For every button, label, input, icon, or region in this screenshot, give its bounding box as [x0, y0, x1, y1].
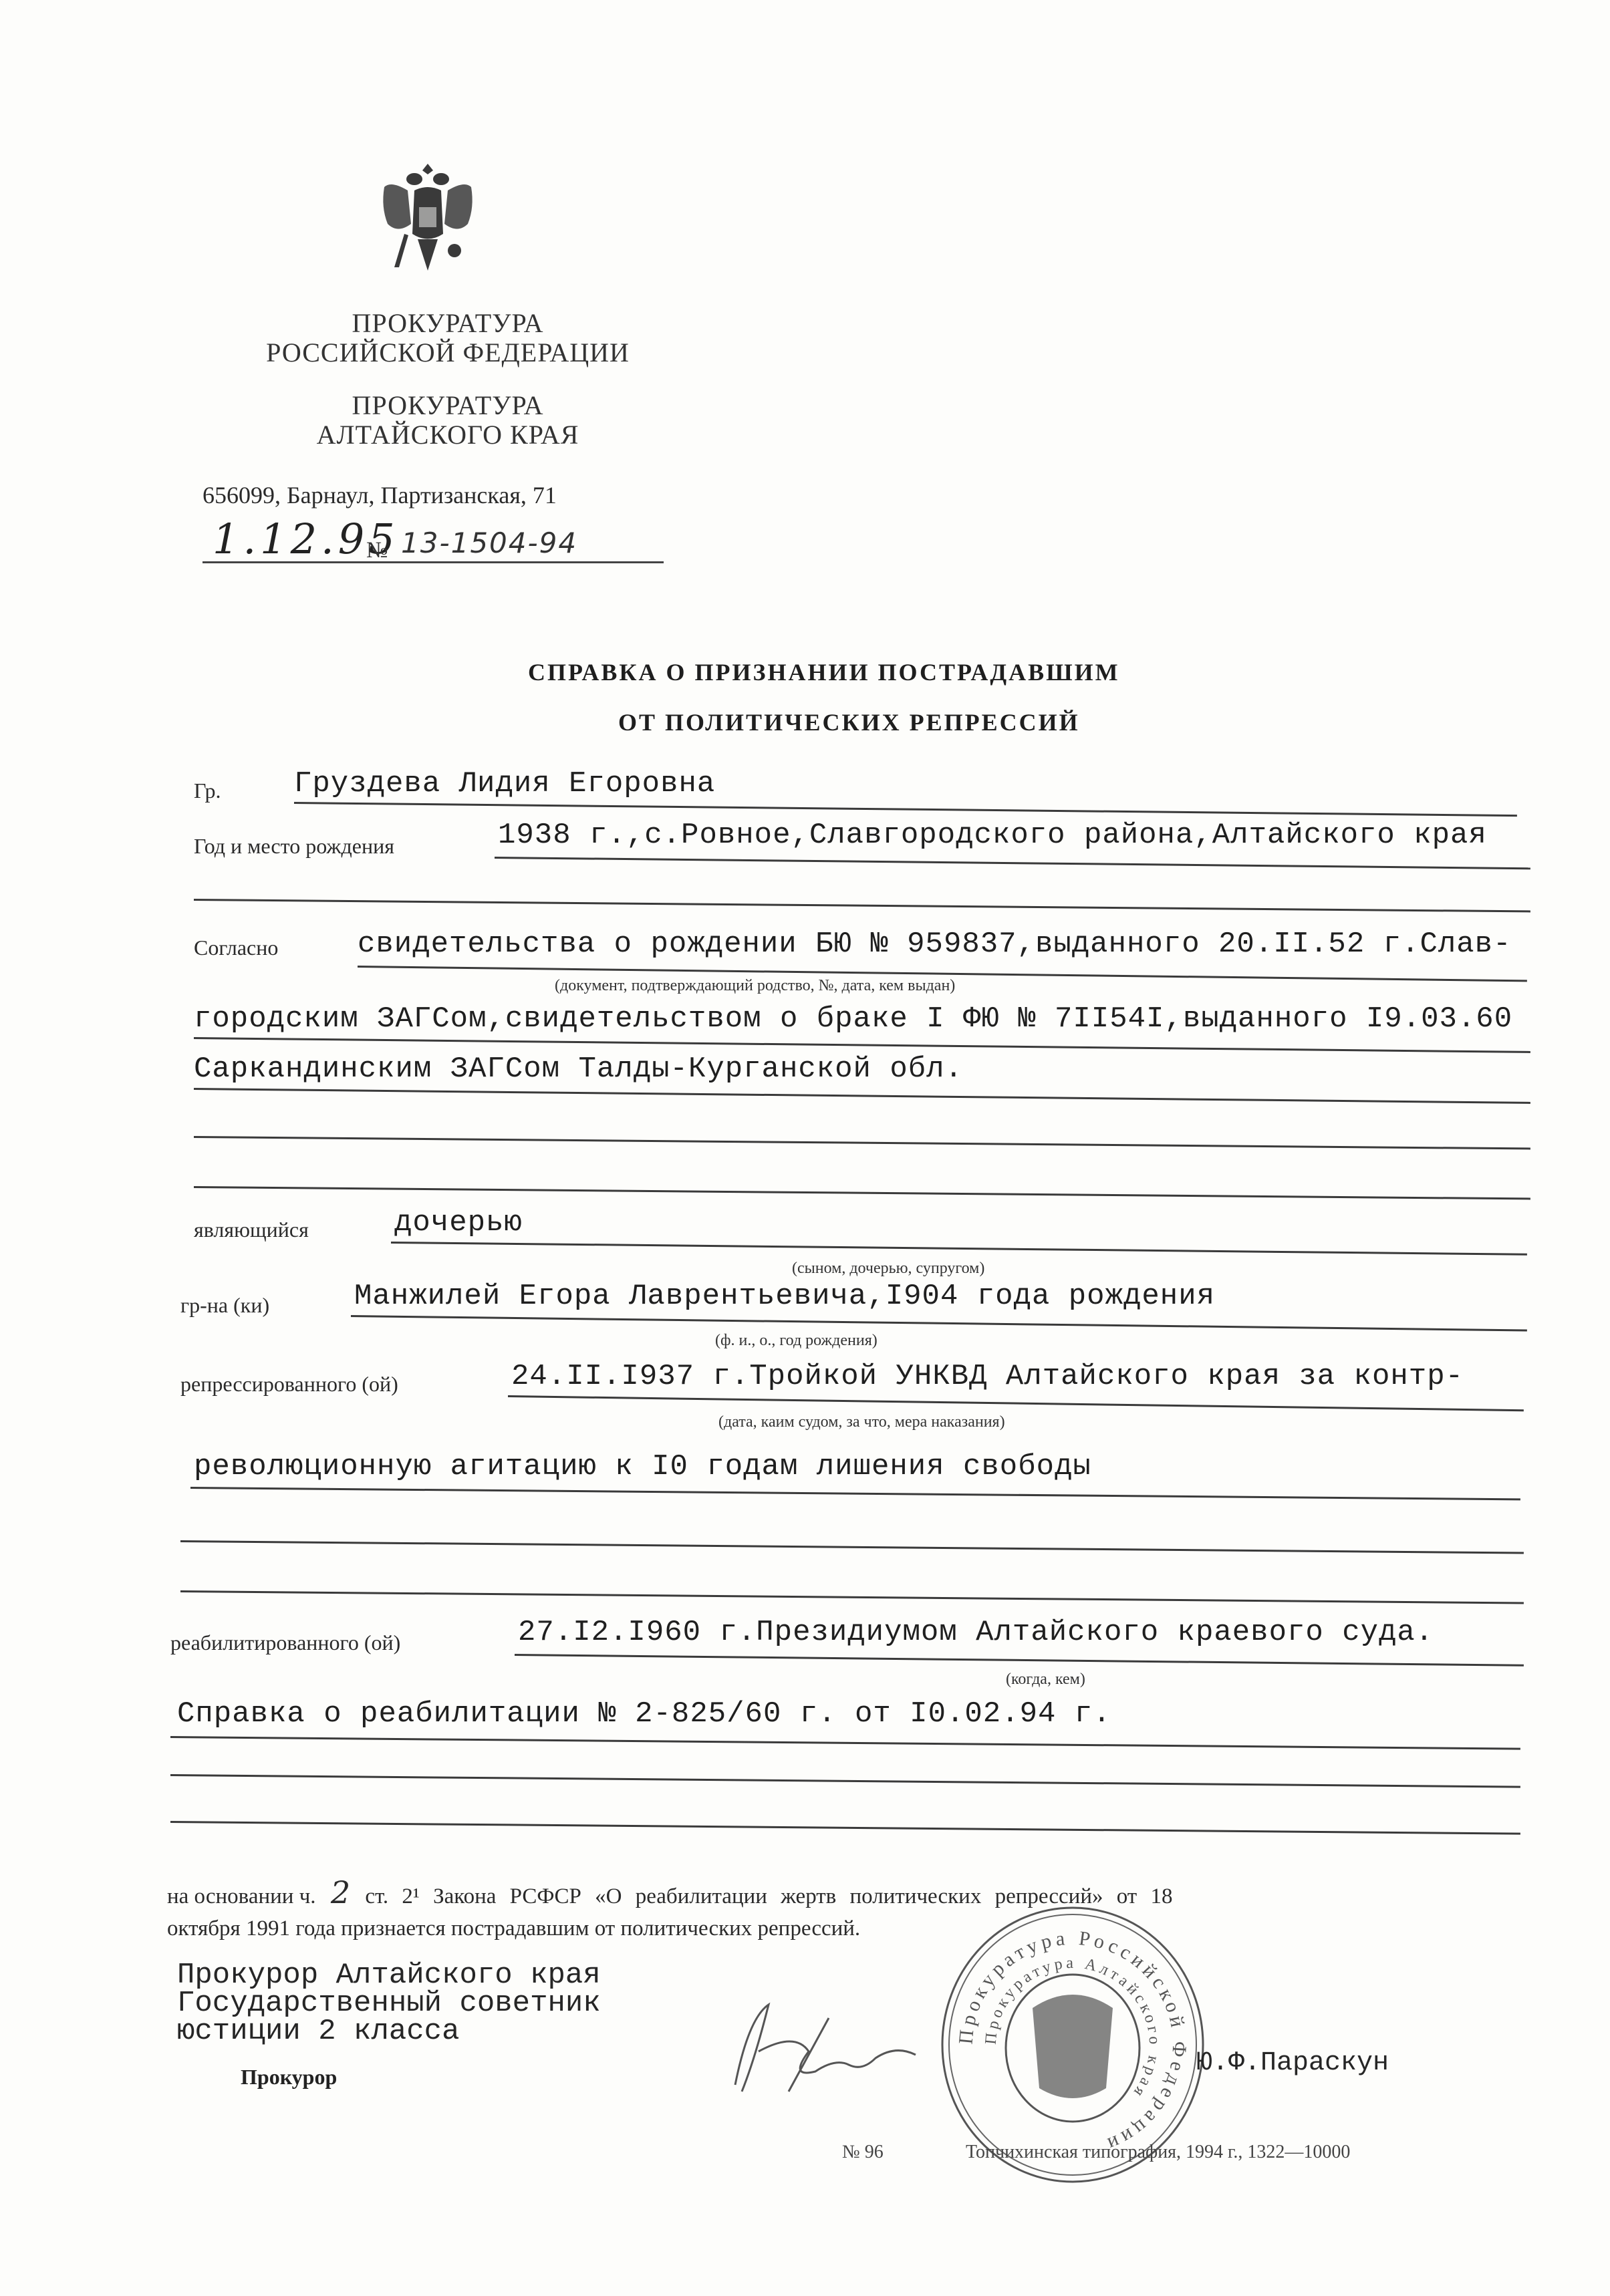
handwritten-part-number: 2 — [331, 1874, 350, 1910]
document-title-line-2: ОТ ПОЛИТИЧЕСКИХ РЕПРЕССИЙ — [618, 708, 1080, 736]
blank-line — [170, 1774, 1520, 1788]
rehab-value: 27.I2.I960 г.Президиумом Алтайского крае… — [518, 1616, 1434, 1649]
rehab-hint: (когда, кем) — [1006, 1671, 1085, 1689]
rehab-label: реабилитированного (ой) — [170, 1630, 400, 1655]
repressed-underline — [508, 1395, 1524, 1411]
birth-value: 1938 г.,с.Ровное,Славгородского района,А… — [498, 819, 1487, 852]
blank-line — [180, 1540, 1524, 1554]
address: 656099, Барнаул, Партизанская, 71 — [203, 481, 557, 509]
signer-name: Ю.Ф.Параскун — [1196, 2048, 1389, 2078]
blank-line — [194, 1186, 1530, 1199]
repressed-hint: (дата, каим судом, за что, мера наказани… — [718, 1413, 1005, 1431]
form-number: № 96 — [842, 2142, 884, 2163]
citizen-label: Гр. — [194, 778, 221, 803]
basis-hint: (документ, подтверждающий родство, №, да… — [555, 977, 955, 995]
title-line-3: юстиции 2 класса — [177, 2017, 601, 2045]
prosecutor-title: Прокурор Алтайского края Государственный… — [177, 1961, 601, 2045]
basis-line-2: городским ЗАГСом,свидетельством о браке … — [194, 1002, 1512, 1036]
law-basis-line-2: октября 1991 года признается пострадавши… — [167, 1916, 860, 1941]
basis-line-3: Саркандинским ЗАГСом Талды-Курганской об… — [194, 1052, 963, 1086]
relation-value: дочерью — [394, 1206, 523, 1240]
org-line-3: ПРОКУРАТУРА — [241, 391, 655, 420]
title-line-1: Прокурор Алтайского края — [177, 1961, 601, 1989]
blank-line — [180, 1590, 1524, 1604]
org-line-2: РОССИЙСКОЙ ФЕДЕРАЦИИ — [241, 338, 655, 368]
basis-underline-3 — [194, 1088, 1530, 1104]
birth-underline — [495, 857, 1530, 869]
date-number-underline — [203, 561, 664, 563]
repressed-label: репрессированного (ой) — [180, 1372, 398, 1397]
basis-label: Согласно — [194, 936, 278, 960]
repressed-value-line-2: революционную агитацию к I0 годам лишени… — [194, 1450, 1091, 1483]
number-label: № — [366, 538, 388, 563]
basis-underline-2 — [194, 1037, 1530, 1053]
rehab-certificate: Справка о реабилитации № 2-825/60 г. от … — [177, 1697, 1111, 1731]
blank-line — [170, 1821, 1520, 1835]
document-title-line-1: СПРАВКА О ПРИЗНАНИИ ПОСТРАДАВШИМ — [528, 658, 1120, 686]
repressed-person-hint: (ф. и., о., год рождения) — [715, 1332, 878, 1350]
document-page: ПРОКУРАТУРА РОССИЙСКОЙ ФЕДЕРАЦИИ ПРОКУРА… — [0, 0, 1610, 2296]
prosecutor-printed-label: Прокурор — [241, 2065, 337, 2090]
org-name-federal: ПРОКУРАТУРА РОССИЙСКОЙ ФЕДЕРАЦИИ — [241, 309, 655, 368]
relation-underline — [391, 1242, 1527, 1256]
rehab-underline — [515, 1654, 1524, 1667]
org-line-4: АЛТАЙСКОГО КРАЯ — [241, 420, 655, 450]
repressed-person-underline — [351, 1315, 1527, 1332]
blank-line — [194, 1136, 1530, 1149]
blank-line — [194, 899, 1530, 912]
citizen-name: Груздева Лидия Егоровна — [294, 767, 715, 801]
eagle-emblem-icon — [378, 160, 478, 277]
title-line-2: Государственный советник — [177, 1989, 601, 2017]
birth-label: Год и место рождения — [194, 834, 394, 859]
repressed-person-label: гр-на (ки) — [180, 1293, 269, 1318]
org-line-1: ПРОКУРАТУРА — [241, 309, 655, 338]
relation-label: являющийся — [194, 1217, 309, 1242]
handwritten-reference-number: 13-1504-94 — [401, 527, 577, 559]
citizen-underline — [294, 802, 1517, 817]
org-name-regional: ПРОКУРАТУРА АЛТАЙСКОГО КРАЯ — [241, 391, 655, 450]
repressed-value-line-1: 24.II.I937 г.Тройкой УНКВД Алтайского кр… — [511, 1360, 1464, 1393]
rehab-underline-2 — [170, 1736, 1520, 1750]
handwritten-signature-icon — [695, 1978, 962, 2112]
law-prefix: на основании ч. — [167, 1884, 316, 1908]
relation-hint: (сыном, дочерью, супругом) — [792, 1260, 984, 1278]
repressed-person-value: Манжилей Егора Лаврентьевича,I904 года р… — [354, 1280, 1215, 1313]
repressed-underline-2 — [190, 1487, 1520, 1500]
basis-line-1: свидетельства о рождении БЮ № 959837,выд… — [358, 927, 1511, 961]
printer-imprint: Топчихинская типография, 1994 г., 1322—1… — [966, 2142, 1350, 2163]
